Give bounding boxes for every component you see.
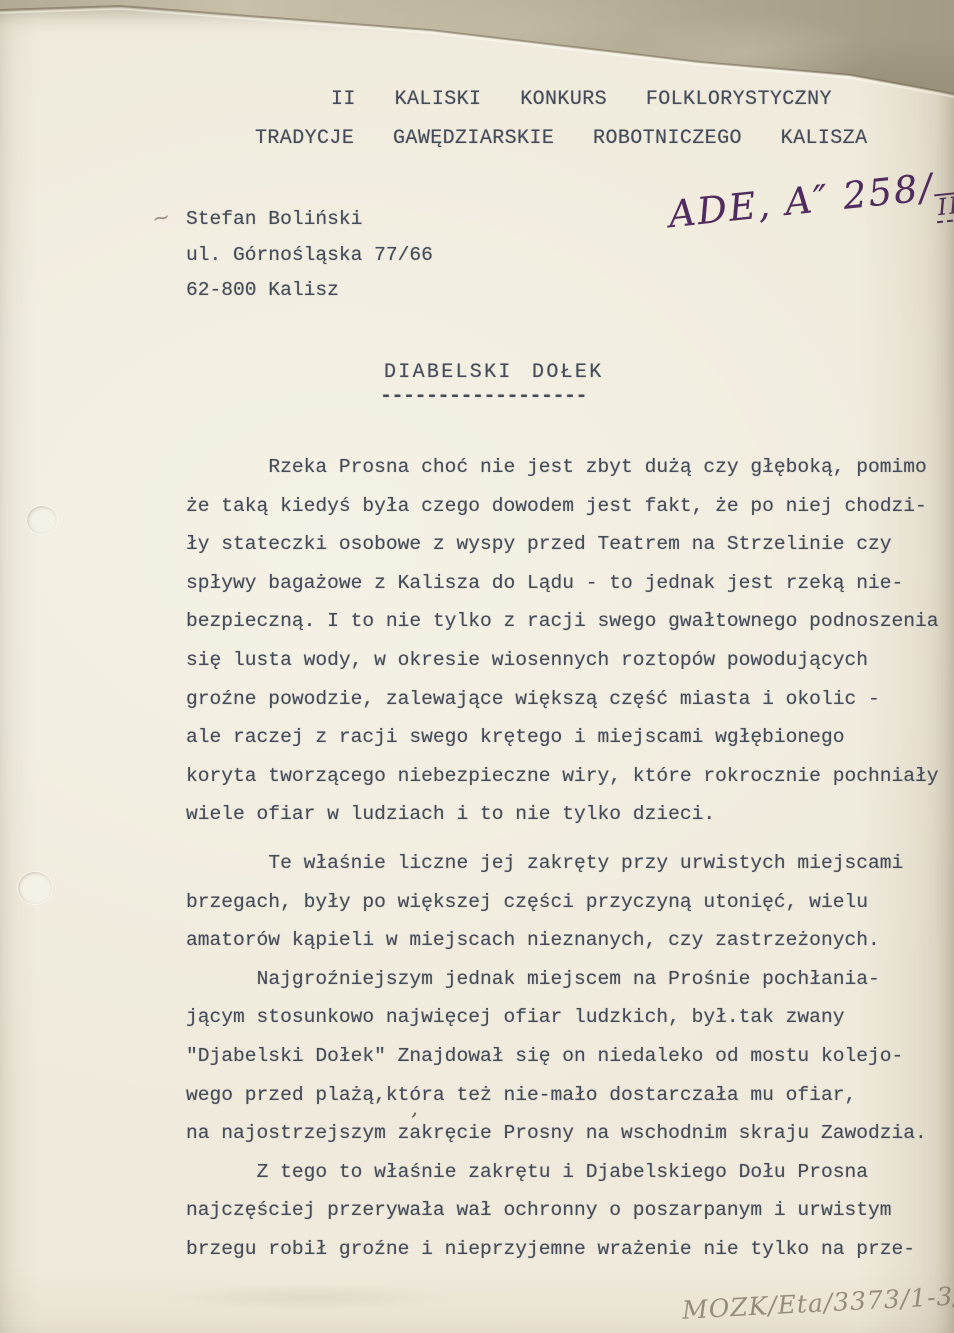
- contest-header-line-1: II KALISKI KONKURS FOLKLORYSTYCZNY: [331, 88, 832, 111]
- sender-city: 62-800 Kalisz: [186, 279, 339, 301]
- pencil-tick-mark: ~: [150, 204, 173, 232]
- title-dashed-underline: ------------------: [380, 385, 587, 408]
- pencil-smudge: [120, 1280, 500, 1314]
- handwritten-comma-correction: ,: [410, 1096, 420, 1122]
- paragraph-2: Te właśnie liczne jej zakręty przy urwis…: [186, 844, 954, 960]
- sender-street: ul. Górnośląska 77/66: [186, 244, 433, 266]
- paragraph-3: Najgroźniejszym jednak miejscem na Prośn…: [186, 960, 954, 1153]
- archive-ink-annotation: ADE, A″ 258/II: [667, 163, 954, 236]
- archive-pencil-signature: MOZK/Eta/3373/1-3/1: [681, 1280, 954, 1325]
- document-title: DIABELSKI DOŁEK: [384, 361, 604, 384]
- contest-header-line-2: TRADYCJE GAWĘDZIARSKIE ROBOTNICZEGO KALI…: [255, 127, 868, 150]
- sender-address-block: Stefan Bolińskiul. Górnośląska 77/6662-8…: [186, 202, 433, 309]
- paragraph-1: Rzeka Prosna choć nie jest zbyt dużą czy…: [186, 448, 954, 834]
- archive-ink-roman-numeral: II: [934, 192, 954, 224]
- body-text: Rzeka Prosna choć nie jest zbyt dużą czy…: [186, 448, 954, 1268]
- document-page: II KALISKI KONKURS FOLKLORYSTYCZNY TRADY…: [0, 0, 954, 1333]
- archive-ink-main: ADE, A″ 258/: [667, 166, 936, 237]
- punch-hole-top: [27, 506, 57, 534]
- sender-name: Stefan Boliński: [186, 208, 362, 230]
- paragraph-4: Z tego to właśnie zakrętu i Djabelskiego…: [186, 1153, 954, 1269]
- punch-hole-bottom: [18, 872, 52, 904]
